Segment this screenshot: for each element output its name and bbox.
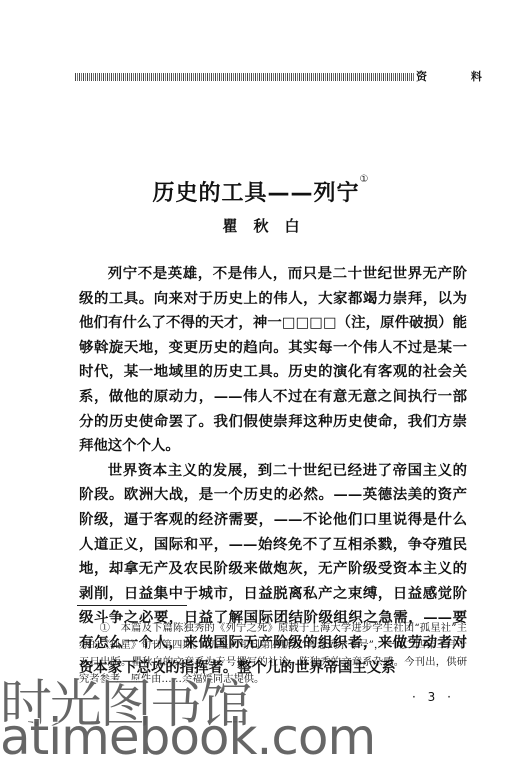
article-body: 列宁不是英雄，不是伟人，而只是二十世纪世界无产阶级的工具。向来对于历史上的伟人，… (79, 262, 467, 680)
article-title: 历史的工具——列宁① (0, 176, 522, 207)
document-page: 资 料 历史的工具——列宁① 瞿秋白 列宁不是英雄，不是伟人，而只是二十世纪世界… (0, 0, 522, 768)
title-text: 历史的工具——列宁 (153, 181, 360, 206)
title-footnote-marker[interactable]: ① (360, 174, 370, 185)
article-author: 瞿秋白 (0, 215, 522, 236)
running-header: 资 料 (75, 70, 470, 84)
footnote-marker: ① (100, 622, 111, 634)
header-decorative-rule (75, 73, 414, 81)
footnote-divider (77, 605, 187, 606)
watermark-url: atimebook.com (0, 708, 375, 766)
page-number: · 3 · (412, 690, 455, 704)
body-paragraph-1: 列宁不是英雄，不是伟人，而只是二十世纪世界无产阶级的工具。向来对于历史上的伟人，… (79, 262, 467, 459)
section-label: 资 料 (416, 68, 468, 84)
